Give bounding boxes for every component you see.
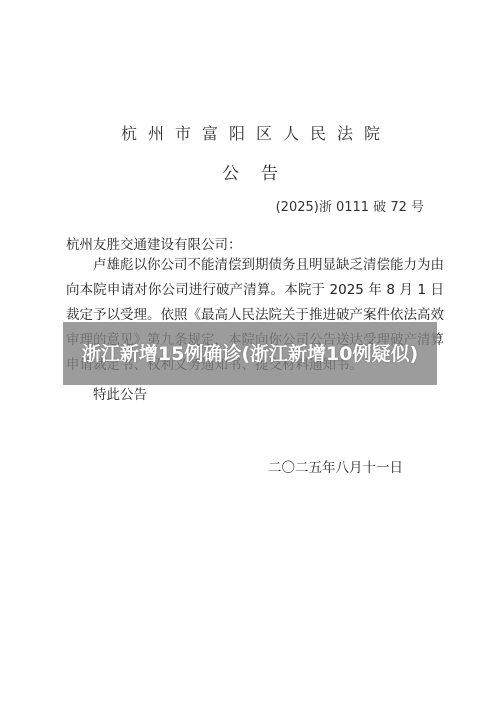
notice-title: 公告 [0,159,500,184]
case-number: (2025)浙 0111 破 72 号 [276,196,424,215]
headline-overlay-banner: 浙江新增15例确诊(浙江新增10例疑似) [63,322,437,385]
closing-line: 特此公告 [93,383,147,403]
headline-text: 浙江新增15例确诊(浙江新增10例疑似) [76,342,424,366]
notice-date: 二〇二五年八月十一日 [268,456,403,476]
court-name: 杭州市富阳区人民法院 [0,121,500,144]
addressee: 杭州友胜交通建设有限公司： [66,233,242,253]
